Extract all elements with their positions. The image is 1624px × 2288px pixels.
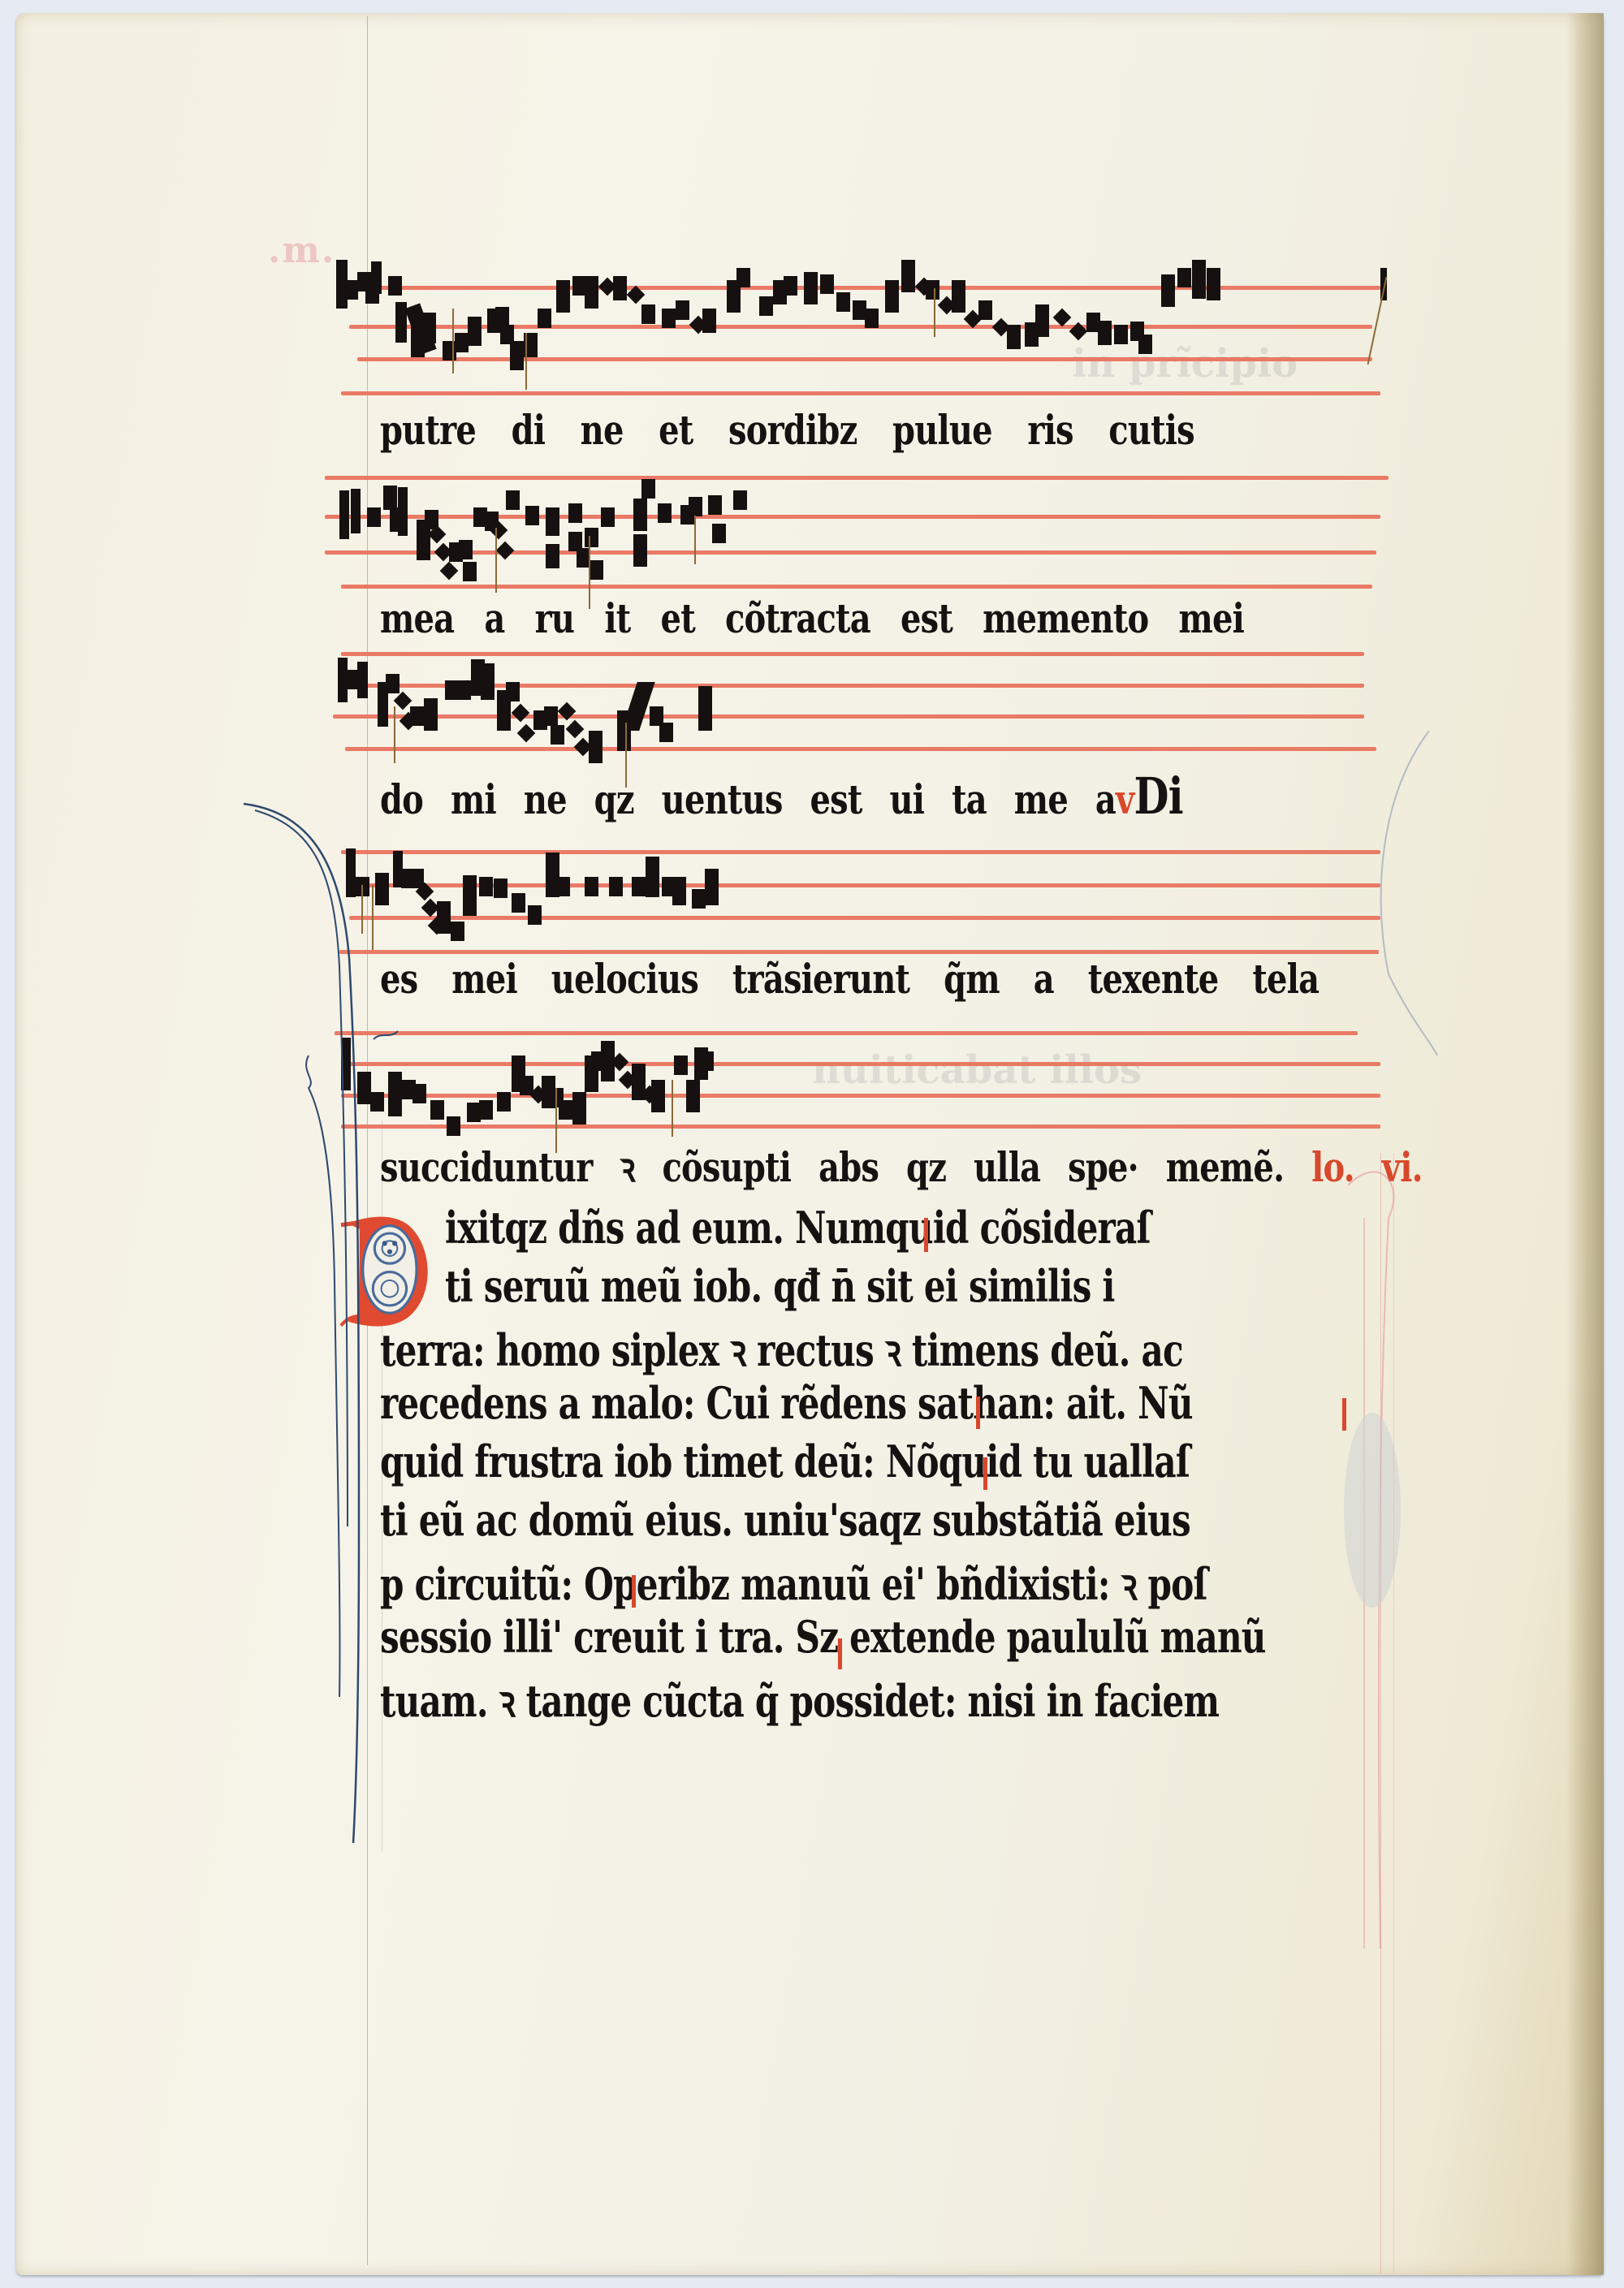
rubric-stroke bbox=[924, 1218, 928, 1252]
lyric-text: do mi ne qz uentus est ui ta me a bbox=[380, 775, 1116, 823]
text-line-6: ti eũ ac domũ eius. uniu'saqz substãtiã … bbox=[380, 1494, 1190, 1546]
page-edge-stain bbox=[1566, 13, 1604, 2275]
text-line-5: quid frustra iob timet deũ: Nõquid tu ua… bbox=[380, 1435, 1190, 1487]
text-line-9: tuam. ꝛ tange cũcta q̃ possidet: nisi in… bbox=[380, 1669, 1219, 1729]
penwork-flourish-right bbox=[1315, 731, 1478, 1949]
lyric-line-5: succiduntur ꝛ cõsupti abs qz ulla spe· m… bbox=[380, 1138, 1423, 1194]
rubric-stroke bbox=[632, 1575, 636, 1608]
text-line-7: p circuitũ: Operibz manuũ ei' bñdixisti:… bbox=[380, 1552, 1207, 1612]
show-through-text: in prĩcipio bbox=[1072, 341, 1298, 386]
text-line-8: sessio illi' creuit i tra. Sz extende pa… bbox=[380, 1611, 1266, 1663]
text-line-2: ti seruũ meũ iob. qđ n̄ sit ei similis i bbox=[445, 1260, 1115, 1312]
rubric-stroke bbox=[983, 1457, 987, 1490]
versicle-rubric: v bbox=[1116, 775, 1134, 823]
rubric-stroke bbox=[976, 1397, 980, 1429]
cue-text: Di bbox=[1134, 766, 1182, 826]
text-line-1: ixitqz dñs ad eum. Numquid cõsideraſ bbox=[445, 1202, 1151, 1254]
lyric-line-3: do mi ne qz uentus est ui ta me avDi bbox=[380, 766, 1183, 826]
lyric-line-4: es mei uelocius trãsierunt q̃m a texente… bbox=[380, 955, 1319, 1003]
rubric-stroke bbox=[1342, 1398, 1346, 1431]
lyric-line-1: putre di ne et sordibz pulue ris cutis bbox=[380, 406, 1194, 454]
show-through-text: nuiticabat illos bbox=[812, 1047, 1142, 1093]
lyric-line-2: mea a ru it et cõtracta est memento mei bbox=[380, 594, 1244, 642]
lyric-text: succiduntur ꝛ cõsupti abs qz ulla spe· m… bbox=[380, 1143, 1284, 1191]
text-line-3: terra: homo siplex ꝛ rectus ꝛ timens deũ… bbox=[380, 1319, 1183, 1379]
rubric-stroke bbox=[838, 1638, 842, 1669]
text-line-4: recedens a malo: Cui rẽdens sathan: ait.… bbox=[380, 1377, 1193, 1429]
folio-number-mark: .m. bbox=[268, 230, 335, 271]
